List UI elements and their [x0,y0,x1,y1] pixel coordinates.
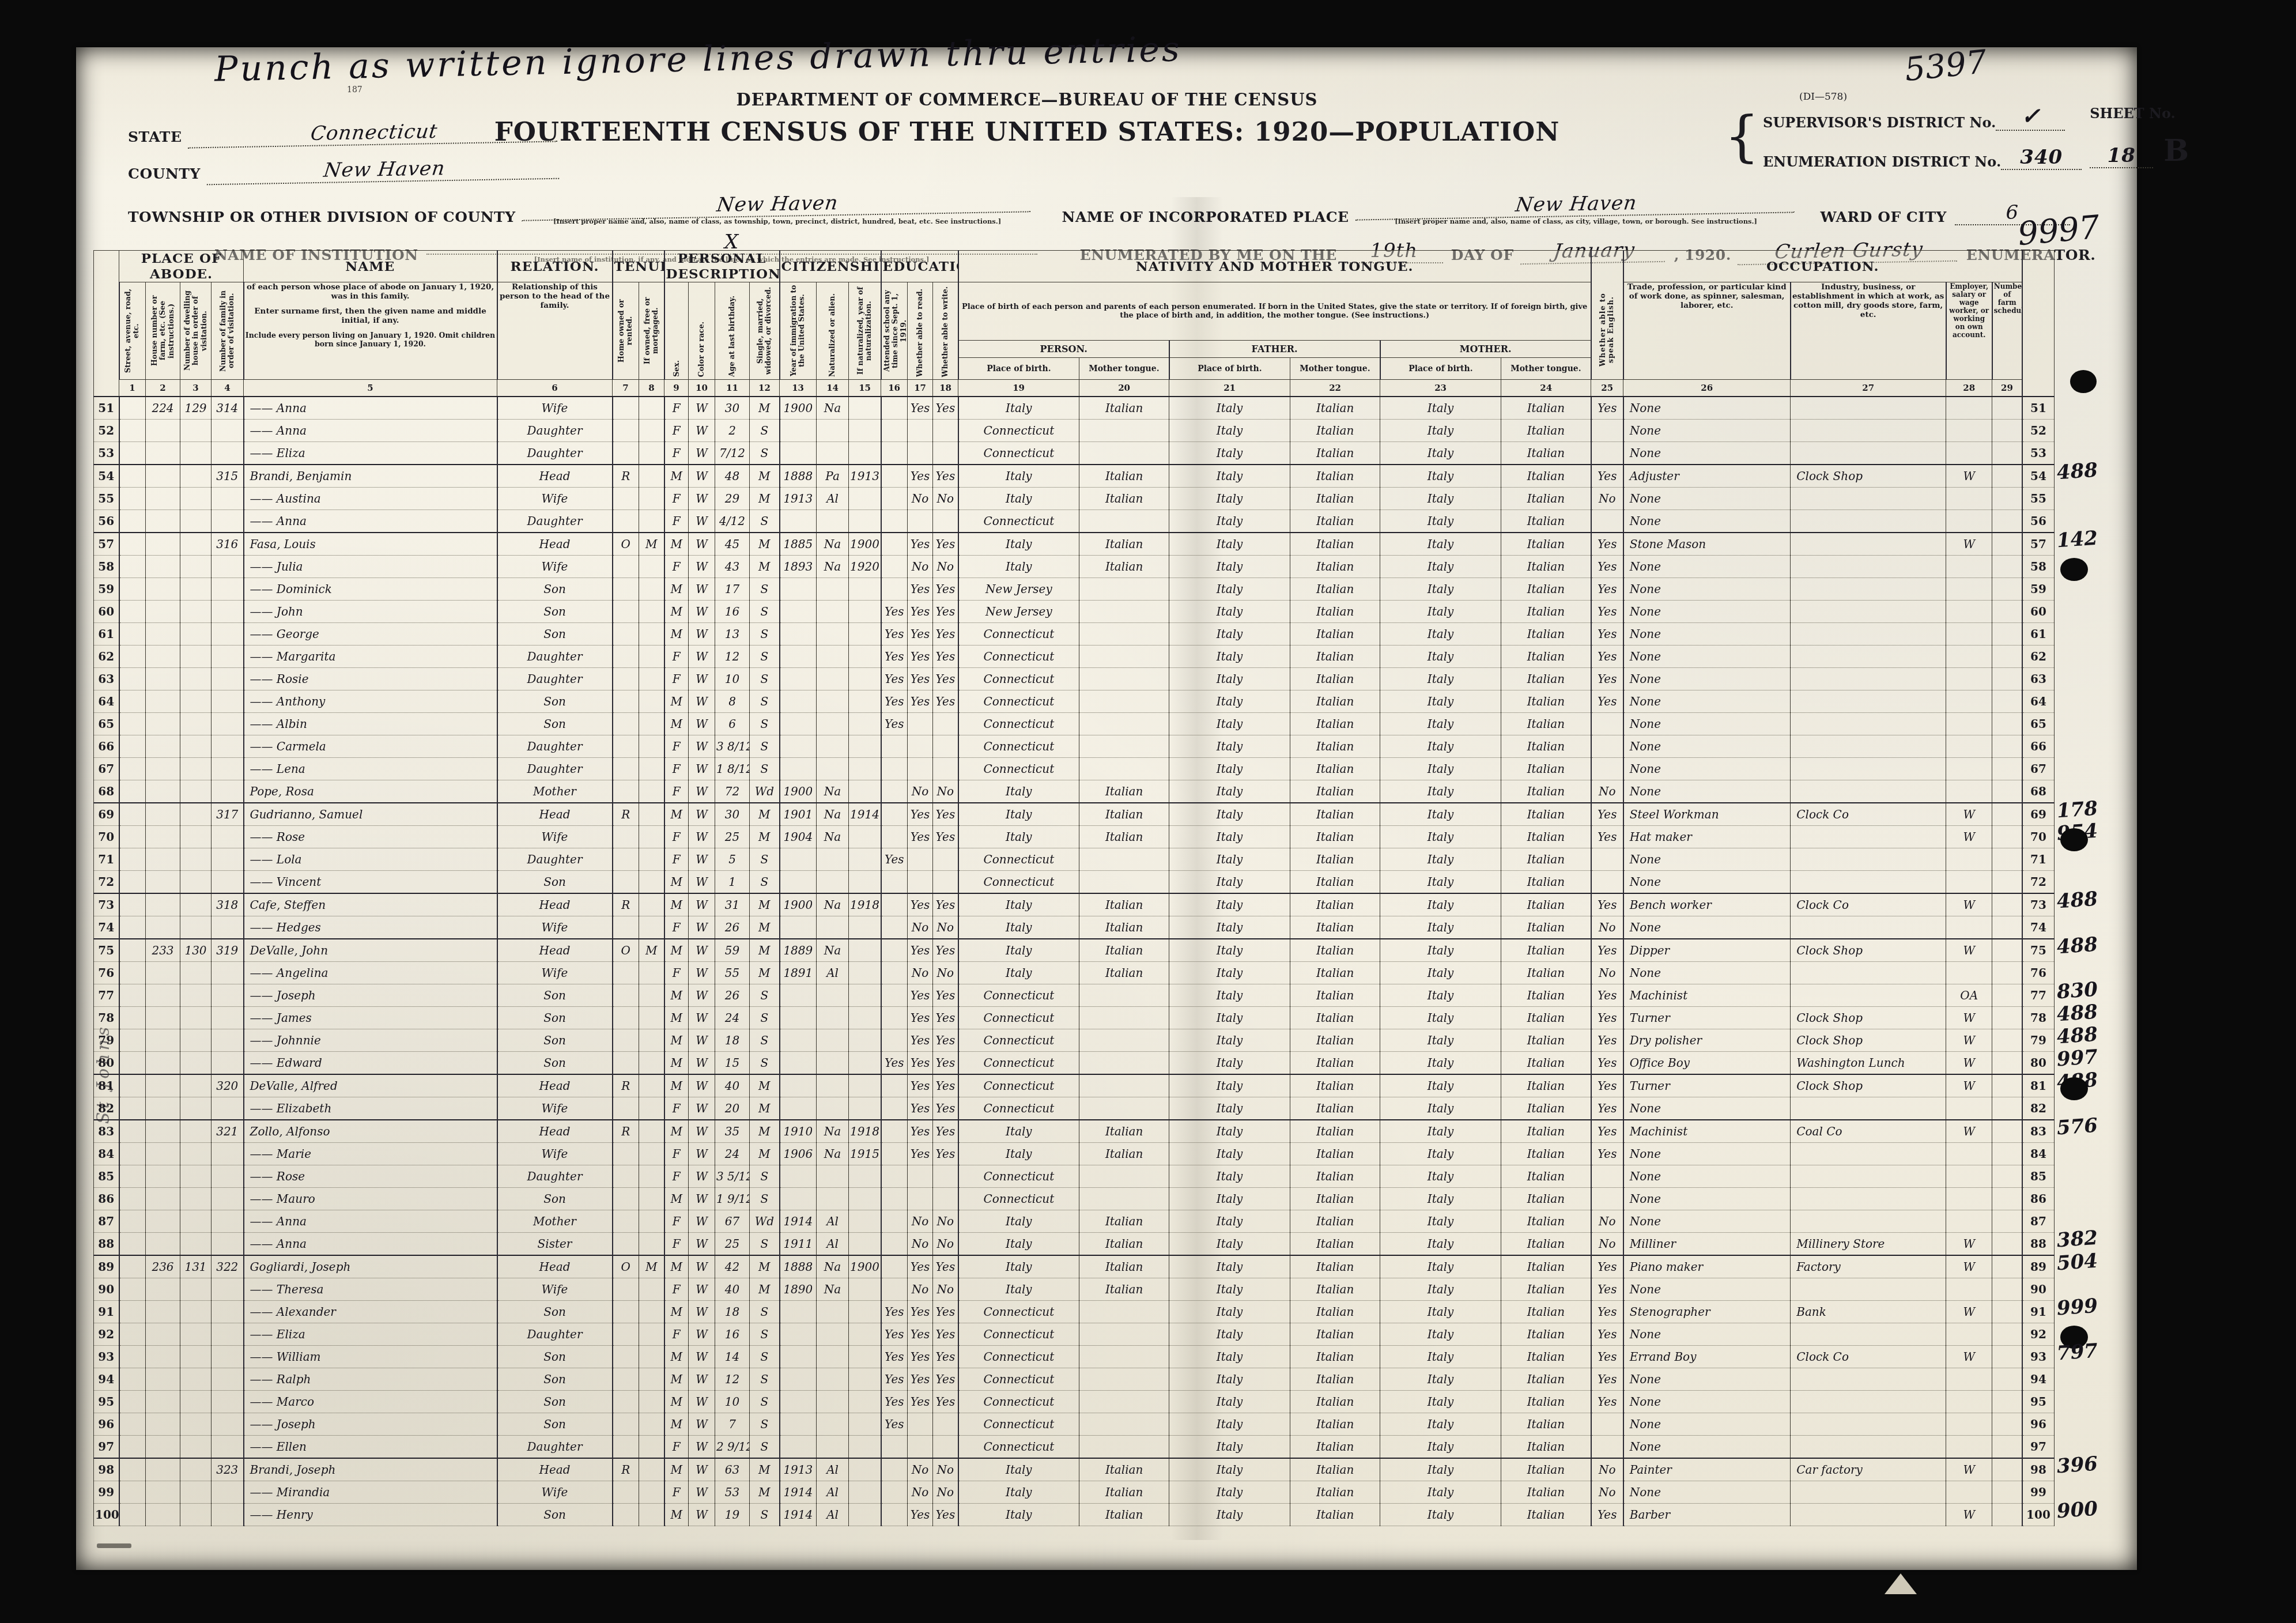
line-number-right: 59 [2022,578,2055,601]
cell-home_owned [613,1368,639,1391]
line-number-right: 53 [2022,442,2055,465]
cell-mt_mother: Italian [1501,623,1591,646]
cell-naturalization_year [849,1391,881,1413]
cell-write [933,420,958,442]
cell-pob_mother: Italy [1380,962,1501,984]
cell-home_owned: O [613,533,639,556]
cell-mt_mother: Italian [1501,713,1591,735]
cell-occupation: None [1623,1368,1791,1391]
cell-age: 20 [715,1097,750,1120]
cell-pob_mother: Italy [1380,1188,1501,1210]
cell-home_owned [613,1323,639,1346]
cell-marital: M [750,1143,780,1165]
cell-industry [1791,510,1946,533]
cell-color: W [689,556,715,578]
cell-pob_person: Connecticut [958,1436,1079,1459]
cell-marital: M [750,465,780,488]
cell-occupation: None [1623,646,1791,668]
cell-sex: M [664,939,689,962]
cell-mt_father: Italian [1290,893,1380,916]
cell-family_number [212,984,244,1007]
cell-relation: Mother [497,1210,613,1233]
cell-dwelling_number [180,1368,212,1391]
punch-hole [2070,370,2097,393]
cell-sex: M [664,871,689,894]
cell-color: W [689,758,715,780]
cell-occupation: Machinist [1623,1120,1791,1143]
cell-english: Yes [1591,1346,1623,1368]
cell-read: Yes [908,1323,933,1346]
cell-industry [1791,735,1946,758]
cell-mt_father: Italian [1290,984,1380,1007]
cell-age: 63 [715,1458,750,1481]
cell-color: W [689,1413,715,1436]
scan-border-bottom [0,1570,2296,1623]
cell-name: —— Henry [244,1504,497,1526]
cell-naturalization_year [849,939,881,962]
cell-write: Yes [933,1029,958,1052]
cell-read: Yes [908,1074,933,1097]
cell-sex: F [664,916,689,939]
cell-farm_schedule [1992,690,2022,713]
cell-naturalization_year: 1920 [849,556,881,578]
cell-street [119,442,146,465]
cell-employment: W [1946,465,1992,488]
cell-pob_mother: Italy [1380,1368,1501,1391]
cell-house_number [146,465,180,488]
cell-mt_mother: Italian [1501,465,1591,488]
table-row: 58—— JuliaWifeFW43M1893Na1920NoNoItalyIt… [94,556,2055,578]
cell-family_number [212,848,244,871]
cell-occupation: Dry polisher [1623,1029,1791,1052]
cell-house_number: 233 [146,939,180,962]
table-row: 60—— JohnSonMW16SYesYesYesNew JerseyItal… [94,601,2055,623]
cell-marital: S [750,758,780,780]
cell-pob_father: Italy [1169,984,1290,1007]
cell-pob_person: Connecticut [958,1413,1079,1436]
cell-naturalization_year [849,1301,881,1323]
cell-employment [1946,442,1992,465]
cell-marital: S [750,984,780,1007]
cell-relation: Son [497,1188,613,1210]
cell-school [881,1007,908,1029]
cell-pob_father: Italy [1169,1074,1290,1097]
cell-immigration_year: 1910 [780,1120,817,1143]
line-number-left: 95 [94,1391,119,1413]
cell-industry [1791,1143,1946,1165]
cell-employment [1946,420,1992,442]
cell-family_number [212,1413,244,1436]
cell-immigration_year: 1914 [780,1504,817,1526]
cell-immigration_year: 1913 [780,1458,817,1481]
cell-street [119,1391,146,1413]
cell-farm_schedule [1992,758,2022,780]
cell-pob_person: Italy [958,803,1079,826]
cell-dwelling_number [180,465,212,488]
cell-naturalization_year [849,1278,881,1301]
cell-sex: M [664,1346,689,1368]
cell-english: No [1591,780,1623,803]
cell-farm_schedule [1992,1255,2022,1278]
cell-mt_mother: Italian [1501,758,1591,780]
cell-farm_schedule [1992,735,2022,758]
cell-english [1591,735,1623,758]
cell-mt_father: Italian [1290,668,1380,690]
cell-pob_person: Italy [958,1481,1079,1504]
cell-occupation: Painter [1623,1458,1791,1481]
cell-industry [1791,984,1946,1007]
cell-naturalization_year [849,623,881,646]
cell-pob_father: Italy [1169,668,1290,690]
cell-english [1591,420,1623,442]
cell-free_mortgaged [639,1481,664,1504]
cell-street [119,1029,146,1052]
line-number-right: 75488 [2022,939,2055,962]
cell-read: Yes [908,1368,933,1391]
cell-family_number [212,1029,244,1052]
cell-mt_father: Italian [1290,713,1380,735]
cell-naturalization_year [849,1074,881,1097]
cell-naturalized [817,871,849,894]
cell-read: Yes [908,601,933,623]
cell-street [119,1074,146,1097]
table-row: 77—— JosephSonMW26SYesYesConnecticutItal… [94,984,2055,1007]
cell-house_number [146,1120,180,1143]
cell-industry [1791,1210,1946,1233]
cell-immigration_year [780,1007,817,1029]
cell-mt_father: Italian [1290,916,1380,939]
cell-mt_mother: Italian [1501,1052,1591,1075]
cell-farm_schedule [1992,1436,2022,1459]
cell-dwelling_number [180,578,212,601]
cell-read: Yes [908,1052,933,1075]
column-house-number: House number or farm, etc. (See instruct… [146,282,180,380]
cell-pob_father: Italy [1169,442,1290,465]
line-number-right: 52 [2022,420,2055,442]
cell-color: W [689,1278,715,1301]
cell-family_number [212,1368,244,1391]
cell-street [119,871,146,894]
cell-write: Yes [933,690,958,713]
cell-industry [1791,1097,1946,1120]
cell-mt_mother: Italian [1501,397,1591,420]
cell-relation: Head [497,533,613,556]
cell-english: Yes [1591,1323,1623,1346]
table-row: 85—— RoseDaughterFW3 5/12SConnecticutIta… [94,1165,2055,1188]
cell-naturalization_year [849,420,881,442]
punch-hole [2060,828,2088,851]
cell-name: —— Joseph [244,1413,497,1436]
line-number-left: 55 [94,488,119,510]
cell-industry [1791,871,1946,894]
cell-naturalized: Al [817,1233,849,1256]
table-row: 70—— RoseWifeFW25M1904NaYesYesItalyItali… [94,826,2055,848]
margin-code: 142 [2056,527,2098,553]
cell-age: 24 [715,1007,750,1029]
line-number-left: 99 [94,1481,119,1504]
cell-school: Yes [881,1052,908,1075]
cell-mt_father: Italian [1290,780,1380,803]
cell-mt_mother: Italian [1501,735,1591,758]
cell-dwelling_number [180,1007,212,1029]
cell-pob_person: Connecticut [958,1007,1079,1029]
cell-street [119,668,146,690]
cell-pob_person: Connecticut [958,442,1079,465]
cell-naturalized: Pa [817,465,849,488]
cell-age: 17 [715,578,750,601]
cell-free_mortgaged [639,1097,664,1120]
enumeration-district-value: 340 [2001,146,2082,170]
cell-naturalized [817,984,849,1007]
cell-farm_schedule [1992,1120,2022,1143]
cell-house_number [146,1097,180,1120]
cell-age: 16 [715,601,750,623]
cell-farm_schedule [1992,826,2022,848]
cell-naturalization_year [849,1029,881,1052]
cell-farm_schedule [1992,578,2022,601]
cell-relation: Wife [497,916,613,939]
cell-street [119,690,146,713]
cell-mt_person [1079,510,1169,533]
table-row: 99—— MirandiaWifeFW53M1914AlNoNoItalyIta… [94,1481,2055,1504]
table-row: 68Pope, RosaMotherFW72Wd1900NaNoNoItalyI… [94,780,2055,803]
line-number-left: 88 [94,1233,119,1256]
cell-mt_mother: Italian [1501,916,1591,939]
cell-color: W [689,646,715,668]
scan-notch [1885,1573,1917,1594]
cell-pob_father: Italy [1169,1052,1290,1075]
cell-sex: F [664,1097,689,1120]
cell-naturalization_year [849,1165,881,1188]
cell-english [1591,442,1623,465]
cell-employment [1946,848,1992,871]
cell-pob_person: Italy [958,556,1079,578]
cell-naturalized: Al [817,1481,849,1504]
cell-house_number [146,1052,180,1075]
cell-free_mortgaged [639,420,664,442]
cell-marital: M [750,556,780,578]
cell-house_number [146,1323,180,1346]
cell-sex: F [664,420,689,442]
cell-employment: W [1946,1301,1992,1323]
cell-home_owned: R [613,1074,639,1097]
table-header: PLACE OF ABODE. NAME RELATION. TENURE. P… [94,251,2055,397]
cell-sex: F [664,1143,689,1165]
cell-naturalization_year [849,962,881,984]
cell-age: 67 [715,1210,750,1233]
cell-employment [1946,668,1992,690]
line-number-right: 74 [2022,916,2055,939]
table-row: 55—— AustinaWifeFW29M1913AlNoNoItalyItal… [94,488,2055,510]
cell-color: W [689,962,715,984]
cell-naturalization_year: 1913 [849,465,881,488]
cell-school [881,1029,908,1052]
cell-family_number [212,780,244,803]
cell-free_mortgaged [639,1210,664,1233]
cell-farm_schedule [1992,1391,2022,1413]
cell-occupation: Milliner [1623,1233,1791,1256]
cell-sex: M [664,1301,689,1323]
cell-naturalization_year [849,1346,881,1368]
cell-relation: Son [497,871,613,894]
cell-immigration_year [780,442,817,465]
cell-naturalized [817,578,849,601]
cell-color: W [689,1458,715,1481]
cell-immigration_year [780,1391,817,1413]
table-row: 96—— JosephSonMW7SYesConnecticutItalyIta… [94,1413,2055,1436]
cell-home_owned [613,1210,639,1233]
column-number-27: 27 [1791,380,1946,397]
cell-age: 4/12 [715,510,750,533]
cell-pob_person: Connecticut [958,420,1079,442]
cell-sex: F [664,962,689,984]
cell-dwelling_number [180,1436,212,1459]
cell-employment [1946,646,1992,668]
cell-pob_mother: Italy [1380,1413,1501,1436]
cell-naturalized [817,1323,849,1346]
cell-mt_mother: Italian [1501,578,1591,601]
cell-school [881,1458,908,1481]
cell-read: Yes [908,668,933,690]
cell-naturalized [817,1097,849,1120]
cell-pob_father: Italy [1169,893,1290,916]
cell-farm_schedule [1992,420,2022,442]
cell-home_owned [613,735,639,758]
cell-name: —— Ellen [244,1436,497,1459]
state-row: STATE Connecticut [128,121,558,145]
cell-pob_person: Connecticut [958,1346,1079,1368]
cell-pob_father: Italy [1169,962,1290,984]
cell-name: —— Theresa [244,1278,497,1301]
cell-industry [1791,1413,1946,1436]
cell-house_number [146,556,180,578]
cell-write [933,758,958,780]
cell-home_owned [613,690,639,713]
cell-relation: Daughter [497,646,613,668]
cell-mt_father: Italian [1290,1097,1380,1120]
cell-family_number [212,1188,244,1210]
cell-naturalized: Na [817,780,849,803]
cell-immigration_year [780,871,817,894]
line-number-left: 96 [94,1413,119,1436]
cell-mt_father: Italian [1290,601,1380,623]
cell-naturalized [817,646,849,668]
cell-free_mortgaged [639,510,664,533]
cell-home_owned [613,578,639,601]
cell-house_number [146,848,180,871]
column-home-owned: Home owned or rented. [613,282,639,380]
cell-name: —— Angelina [244,962,497,984]
cell-naturalization_year [849,916,881,939]
cell-free_mortgaged [639,1143,664,1165]
margin-code: 900 [2056,1497,2098,1523]
cell-school [881,1097,908,1120]
cell-school [881,442,908,465]
cell-mt_person [1079,1074,1169,1097]
line-number-right: 51 [2022,397,2055,420]
line-number-right: 54488 [2022,465,2055,488]
cell-industry [1791,623,1946,646]
cell-naturalization_year [849,646,881,668]
cell-mt_father: Italian [1290,803,1380,826]
cell-dwelling_number [180,1143,212,1165]
cell-relation: Son [497,713,613,735]
cell-relation: Daughter [497,1165,613,1188]
cell-dwelling_number [180,668,212,690]
cell-mt_mother: Italian [1501,1481,1591,1504]
cell-naturalization_year [849,1504,881,1526]
cell-house_number [146,1029,180,1052]
column-naturalized: Naturalized or alien. [817,282,849,380]
cell-name: —— Anna [244,420,497,442]
cell-dwelling_number [180,1481,212,1504]
cell-pob_mother: Italy [1380,848,1501,871]
line-number-right: 65 [2022,713,2055,735]
cell-house_number: 236 [146,1255,180,1278]
cell-mt_father: Italian [1290,578,1380,601]
cell-read [908,848,933,871]
cell-free_mortgaged [639,578,664,601]
cell-age: 24 [715,1143,750,1165]
cell-pob_mother: Italy [1380,1323,1501,1346]
cell-marital: S [750,1165,780,1188]
cell-house_number [146,1143,180,1165]
cell-dwelling_number: 130 [180,939,212,962]
cell-industry [1791,826,1946,848]
column-number-19: 19 [958,380,1079,397]
enumeration-district-label: ENUMERATION DISTRICT No. [1763,153,2001,170]
cell-employment: W [1946,1233,1992,1256]
cell-family_number: 317 [212,803,244,826]
cell-mt_person [1079,578,1169,601]
cell-sex: M [664,1504,689,1526]
cell-mt_father: Italian [1290,1301,1380,1323]
cell-school [881,1074,908,1097]
cell-immigration_year: 1913 [780,488,817,510]
cell-sex: F [664,1481,689,1504]
county-row: COUNTY New Haven [128,158,560,182]
cell-occupation: None [1623,510,1791,533]
cell-write: Yes [933,984,958,1007]
cell-write: Yes [933,1391,958,1413]
cell-farm_schedule [1992,1233,2022,1256]
line-number-left: 92 [94,1323,119,1346]
cell-naturalized: Na [817,893,849,916]
column-number-20: 20 [1079,380,1169,397]
cell-pob_father: Italy [1169,826,1290,848]
cell-free_mortgaged [639,984,664,1007]
cell-name: Cafe, Steffen [244,893,497,916]
line-number-left: 70 [94,826,119,848]
cell-occupation: None [1623,690,1791,713]
cell-house_number [146,601,180,623]
table-row: 75233130319DeValle, JohnHeadOMMW59M1889N… [94,939,2055,962]
cell-age: 30 [715,803,750,826]
cell-dwelling_number [180,758,212,780]
line-number-left: 72 [94,871,119,894]
cell-dwelling_number [180,601,212,623]
cell-house_number [146,871,180,894]
cell-immigration_year: 1885 [780,533,817,556]
cell-industry: Bank [1791,1301,1946,1323]
cell-pob_father: Italy [1169,871,1290,894]
cell-occupation: None [1623,601,1791,623]
cell-color: W [689,713,715,735]
cell-age: 7/12 [715,442,750,465]
cell-employment: W [1946,1504,1992,1526]
line-number-left: 56 [94,510,119,533]
cell-english: No [1591,1458,1623,1481]
